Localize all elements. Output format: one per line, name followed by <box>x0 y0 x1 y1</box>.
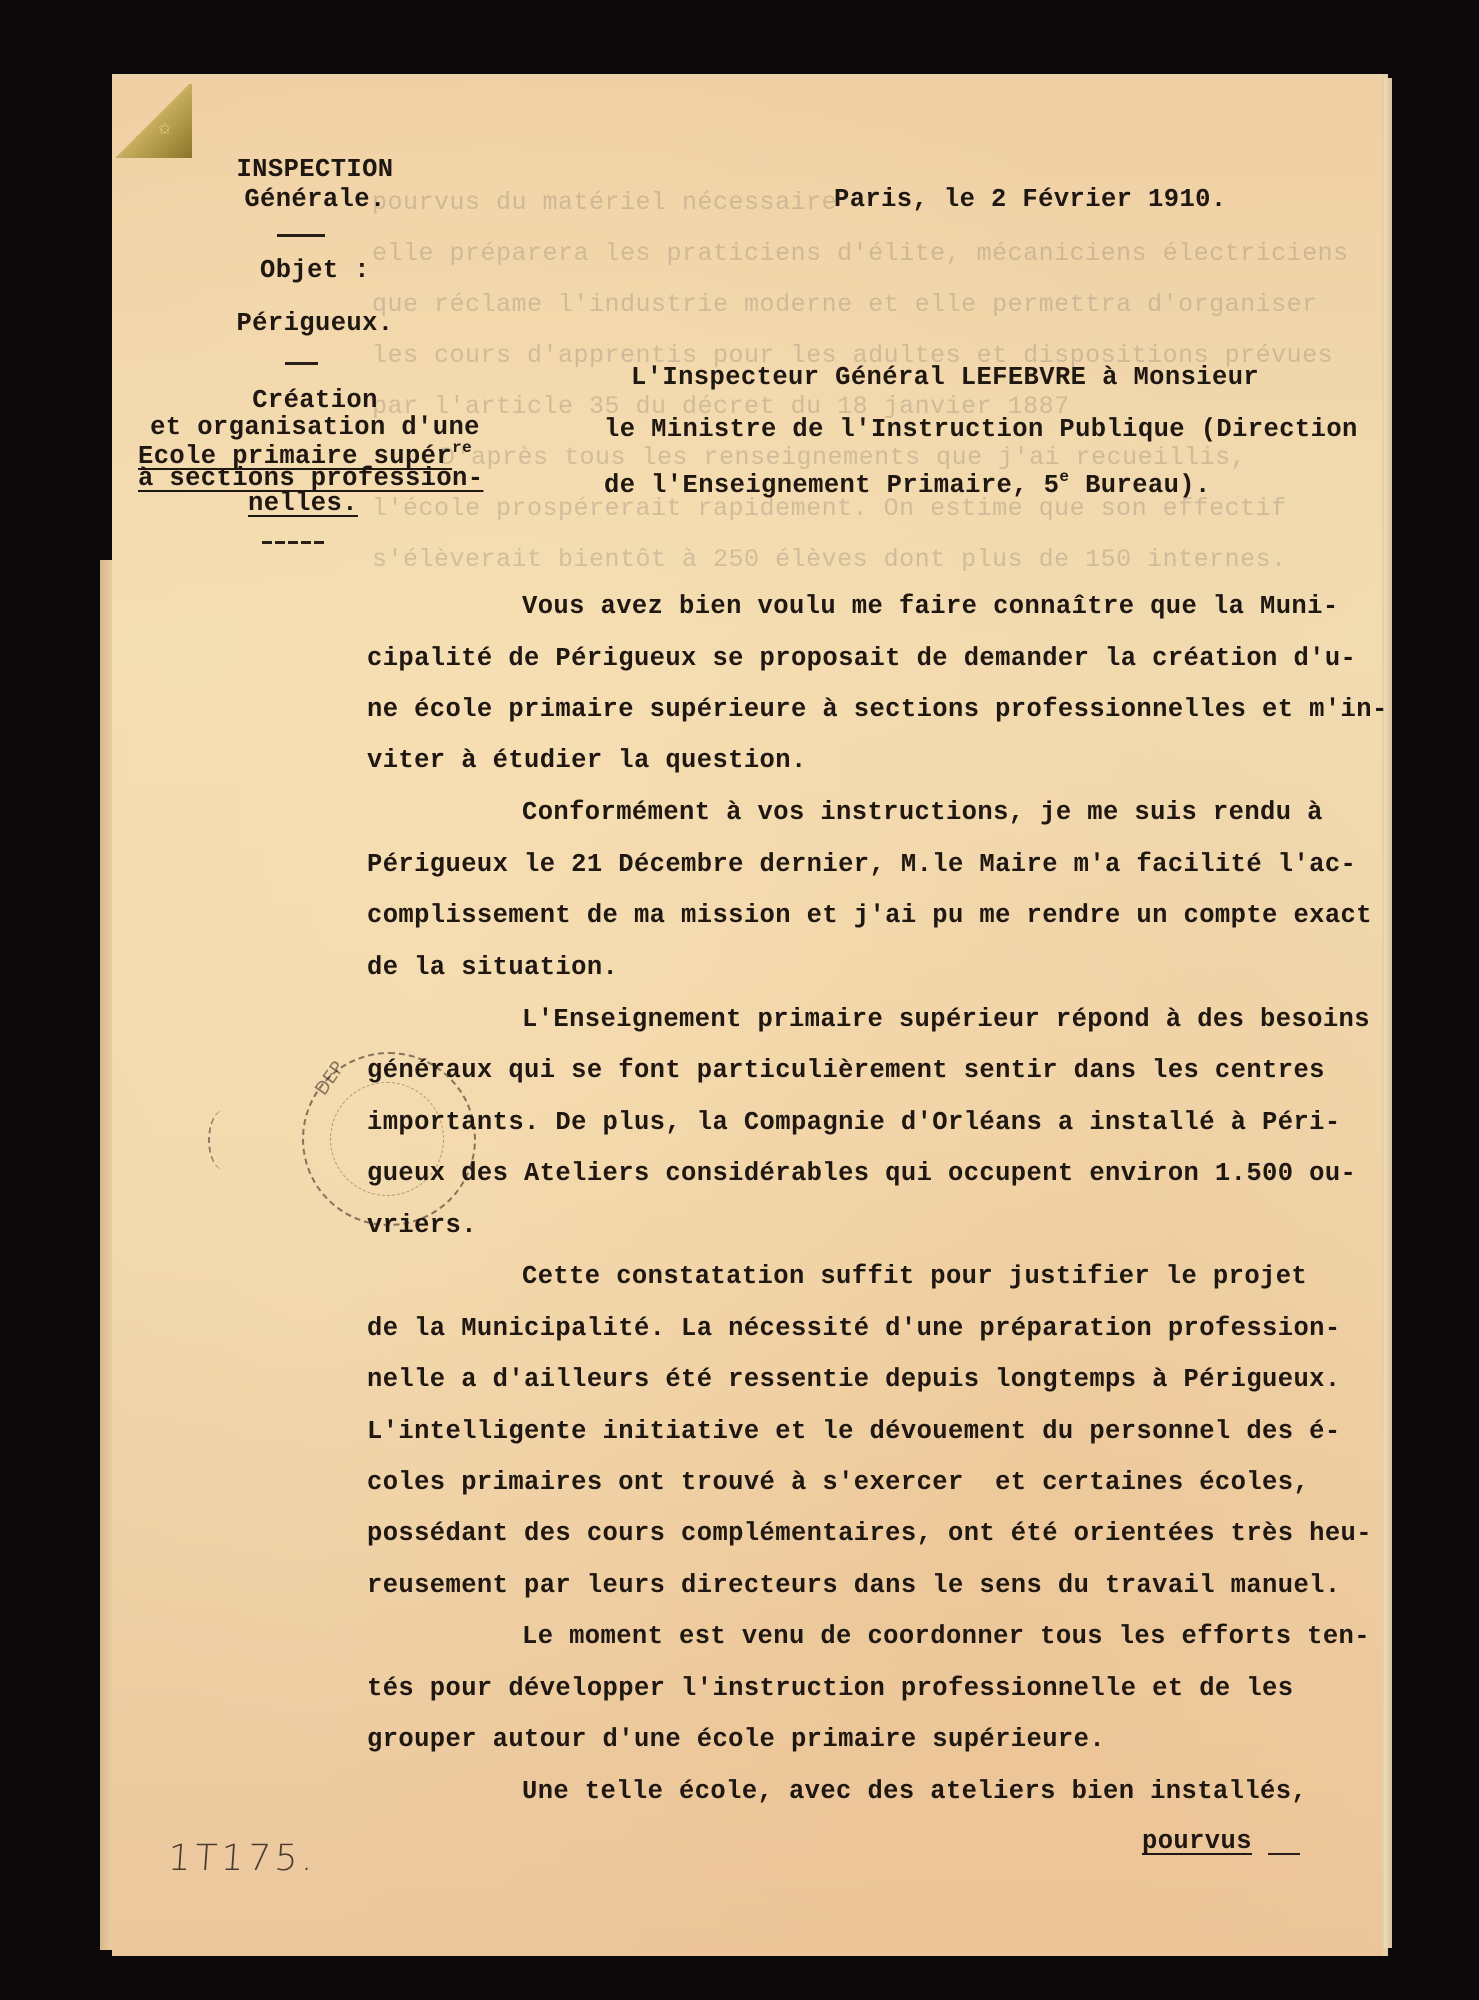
margin-header: INSPECTION <box>130 157 500 183</box>
body-line: Cette constatation suffit pour justifier… <box>522 1264 1307 1290</box>
archive-mark: 1T175. <box>167 1838 319 1879</box>
body-line: Conformément à vos instructions, je me s… <box>522 800 1323 826</box>
body-line: ne école primaire supérieure à sections … <box>367 697 1388 723</box>
body-line: Le moment est venu de coordonner tous le… <box>522 1624 1370 1650</box>
star-emblem-icon: ✩ <box>158 118 171 140</box>
margin-place: Périgueux. <box>130 311 500 337</box>
body-line: complissement de ma mission et j'ai pu m… <box>367 903 1372 929</box>
margin-subject-2: et organisation d'une <box>130 415 500 441</box>
body-line: viter à étudier la question. <box>367 748 807 774</box>
objet-label: Objet : <box>130 258 500 284</box>
body-line: nelle a d'ailleurs été ressentie depuis … <box>367 1367 1341 1393</box>
margin-objet: Objet : <box>130 258 500 284</box>
body-line: Vous avez bien voulu me faire connaître … <box>522 594 1339 620</box>
body-line: généraux qui se font particulièrement se… <box>367 1058 1325 1084</box>
subject-line: à sections profession- <box>138 466 483 492</box>
catchword: pourvus <box>1142 1829 1252 1855</box>
margin-header-2: Générale. <box>130 187 500 213</box>
body-line: Périgueux le 21 Décembre dernier, M.le M… <box>367 852 1356 878</box>
bleed-through-line: elle préparera les praticiens d'élite, m… <box>372 239 1349 268</box>
body-line: possédant des cours complémentaires, ont… <box>367 1521 1372 1547</box>
address-text: Bureau). <box>1069 471 1210 500</box>
body-line: de la Municipalité. La nécessité d'une p… <box>367 1316 1341 1342</box>
stamp-arc <box>208 1110 240 1170</box>
catchword-dash <box>1268 1853 1300 1855</box>
bleed-through-line: D'après tous les renseignements que j'ai… <box>440 443 1246 472</box>
address-line: L'Inspecteur Général LEFEBVRE à Monsieur <box>631 365 1259 391</box>
address-line: le Ministre de l'Instruction Publique (D… <box>604 417 1358 443</box>
address-text: de l'Enseignement Primaire, 5 <box>604 471 1059 500</box>
subject-line: Création <box>130 388 500 414</box>
body-line: de la situation. <box>367 955 618 981</box>
place-label: Périgueux. <box>130 311 500 337</box>
body-line: gueux des Ateliers considérables qui occ… <box>367 1161 1356 1187</box>
body-line: grouper autour d'une école primaire supé… <box>367 1727 1105 1753</box>
divider <box>277 234 325 237</box>
dateline: Paris, le 2 Février 1910. <box>834 187 1227 213</box>
body-line: cipalité de Périgueux se proposait de de… <box>367 646 1356 672</box>
body-line: coles primaires ont trouvé à s'exercer e… <box>367 1470 1309 1496</box>
body-line: importants. De plus, la Compagnie d'Orlé… <box>367 1110 1341 1136</box>
margin-heading-generale: Générale. <box>130 187 500 213</box>
bleed-through-line: que réclame l'industrie moderne et elle … <box>372 290 1318 319</box>
brass-corner-clip <box>112 84 192 158</box>
divider <box>285 362 318 365</box>
superscript: e <box>1059 468 1069 486</box>
subject-line: et organisation d'une <box>130 415 500 441</box>
stamp-inner-ring <box>330 1082 444 1196</box>
body-line: Une telle école, avec des ateliers bien … <box>522 1779 1307 1805</box>
body-line: tés pour développer l'instruction profes… <box>367 1676 1293 1702</box>
divider <box>262 541 326 544</box>
address-line: de l'Enseignement Primaire, 5e Bureau). <box>604 469 1211 499</box>
margin-subject-1: Création <box>130 388 500 414</box>
body-line: L'Enseignement primaire supérieur répond… <box>522 1007 1370 1033</box>
paper-edge-right <box>1384 78 1392 1948</box>
subject-line: nelles. <box>248 491 358 517</box>
body-line: reusement par leurs directeurs dans le s… <box>367 1573 1341 1599</box>
bleed-through-line: s'élèverait bientôt à 250 élèves dont pl… <box>372 545 1287 574</box>
body-line: L'intelligente initiative et le dévoueme… <box>367 1419 1341 1445</box>
margin-heading-inspection: INSPECTION <box>130 157 500 183</box>
superscript: re <box>452 439 472 457</box>
